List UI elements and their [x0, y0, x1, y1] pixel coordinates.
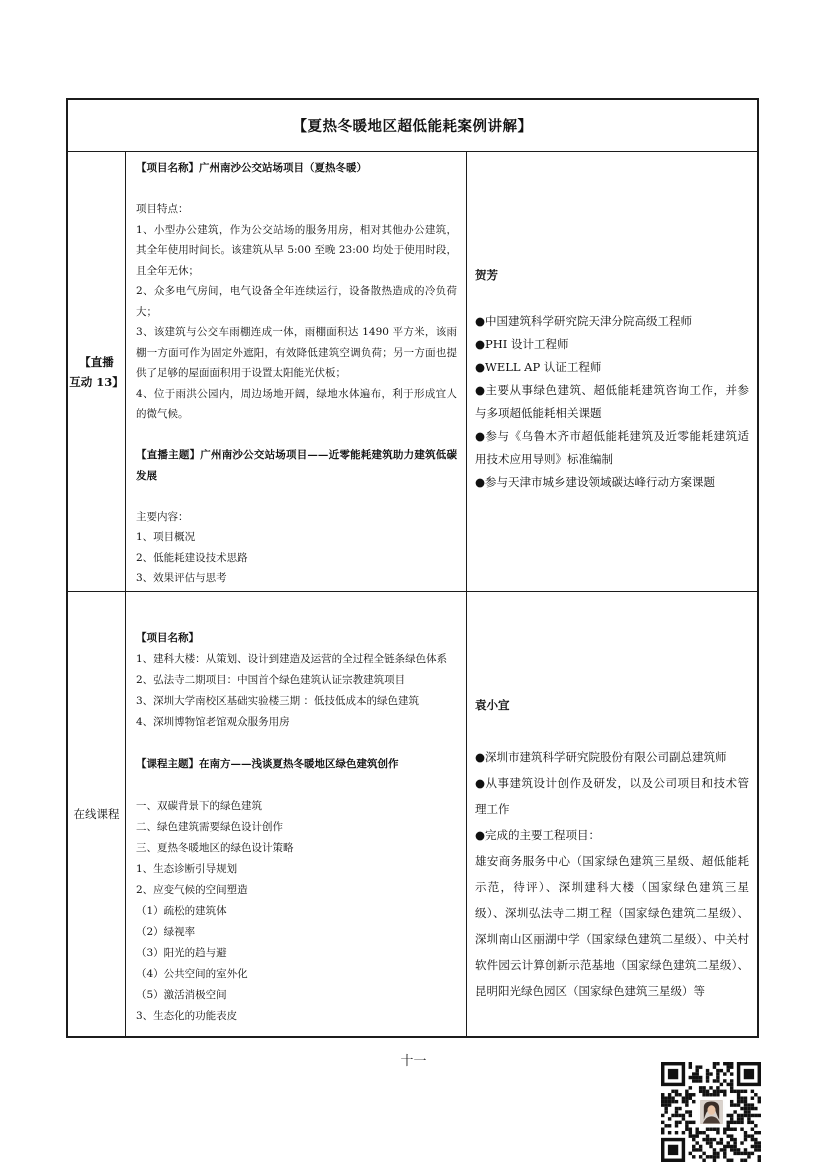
text-line — [136, 775, 457, 796]
text-line: 项目特点： — [136, 199, 457, 220]
text-line: 4、位于雨洪公园内，周边场地开阔，绿地水体遍布，利于形成宜人的微气候。 — [136, 384, 457, 425]
text-line: 【直播主题】广州南沙公交站场项目——近零能耗建筑助力建筑低碳发展 — [136, 445, 457, 486]
text-line: ●中国建筑科学研究院天津分院高级工程师 — [475, 310, 749, 333]
text-line: 袁小宜 — [475, 692, 749, 718]
text-line: 三、夏热冬暖地区的绿色设计策略 — [136, 838, 457, 859]
table-row-online-course: 在线课程 【项目名称】1、建科大楼：从策划、设计到建造及运营的全过程全链条绿色体… — [68, 592, 757, 1036]
text-line: ●主要从事绿色建筑、超低能耗建筑咨询工作，并参与多项超低能耗相关课题 — [475, 379, 749, 425]
text-line: 2、应变气候的空间塑造 — [136, 880, 457, 901]
text-line: 1、小型办公建筑，作为公交站场的服务用房，相对其他办公建筑，其全年使用时间长。该… — [136, 220, 457, 282]
row-content-course-projects: 【项目名称】1、建科大楼：从策划、设计到建造及运营的全过程全链条绿色体系2、弘法… — [126, 592, 467, 1036]
text-line: ●WELL AP 认证工程师 — [475, 356, 749, 379]
text-line: ●深圳市建筑科学研究院股份有限公司副总建筑师 — [475, 744, 749, 770]
text-line: 【项目名称】 — [136, 628, 457, 649]
text-line: （2）绿视率 — [136, 922, 457, 943]
row-label-online-course: 在线课程 — [68, 592, 126, 1036]
text-line: 3、生态化的功能表皮 — [136, 1006, 457, 1027]
text-line: 主要内容： — [136, 507, 457, 528]
text-line: （3）阳光的趋与避 — [136, 943, 457, 964]
text-line: 雄安商务服务中心（国家绿色建筑三星级、超低能耗示范，待评）、深圳建科大楼（国家绿… — [475, 848, 749, 1004]
text-line: （1）疏松的建筑体 — [136, 901, 457, 922]
text-line — [475, 718, 749, 744]
text-line — [136, 425, 457, 446]
row-content-live-project: 【项目名称】广州南沙公交站场项目（夏热冬暖） 项目特点：1、小型办公建筑，作为公… — [126, 152, 467, 591]
text-line: 2、低能耗建设技术思路 — [136, 548, 457, 569]
text-line: 3、效果评估与思考 — [136, 568, 457, 589]
text-line: （5）激活消极空间 — [136, 985, 457, 1006]
text-line: 二、绿色建筑需要绿色设计创作 — [136, 817, 457, 838]
text-line: 4、深圳博物馆老馆观众服务用房 — [136, 712, 457, 733]
label-line: 互动 13】 — [69, 372, 124, 392]
text-line: 1、项目概况 — [136, 527, 457, 548]
qr-avatar — [698, 1098, 725, 1126]
text-line: ●完成的主要工程项目： — [475, 822, 749, 848]
label-line: 【直播 — [79, 352, 114, 372]
text-line: 2、弘法寺二期项目：中国首个绿色建筑认证宗教建筑项目 — [136, 670, 457, 691]
row-speaker-yuan-xiaoyi: 袁小宜 ●深圳市建筑科学研究院股份有限公司副总建筑师●从事建筑设计创作及研发，以… — [467, 592, 757, 1036]
text-line: 贺芳 — [475, 264, 749, 287]
label-line: 在线课程 — [74, 804, 120, 824]
text-line: ●参与天津市城乡建设领域碳达峰行动方案课题 — [475, 471, 749, 494]
text-line: 2、众多电气房间，电气设备全年连续运行，设备散热造成的冷负荷大； — [136, 281, 457, 322]
text-line: 3、深圳大学南校区基础实验楼三期 ：低技低成本的绿色建筑 — [136, 691, 457, 712]
text-line: 1、建科大楼：从策划、设计到建造及运营的全过程全链条绿色体系 — [136, 649, 457, 670]
text-line: 一、双碳背景下的绿色建筑 — [136, 796, 457, 817]
text-line: （4）公共空间的室外化 — [136, 964, 457, 985]
table-title: 【夏热冬暖地区超低能耗案例讲解】 — [68, 100, 757, 152]
document-page: 【夏热冬暖地区超低能耗案例讲解】 【直播互动 13】 【项目名称】广州南沙公交站… — [0, 0, 827, 1170]
row-label-live-interaction: 【直播互动 13】 — [68, 152, 126, 591]
text-line: 3、该建筑与公交车雨棚连成一体，雨棚面积达 1490 平方米，该雨棚一方面可作为… — [136, 322, 457, 384]
text-line: 【课程主题】在南方——浅谈夏热冬暖地区绿色建筑创作 — [136, 754, 457, 775]
text-line — [475, 287, 749, 310]
text-line — [136, 179, 457, 200]
avatar-portrait-icon — [700, 1100, 723, 1124]
text-line — [136, 486, 457, 507]
text-line: ●从事建筑设计创作及研发，以及公司项目和技术管理工作 — [475, 770, 749, 822]
row-speaker-he-fang: 贺芳 ●中国建筑科学研究院天津分院高级工程师●PHI 设计工程师●WELL AP… — [467, 152, 757, 591]
text-line: ●参与《乌鲁木齐市超低能耗建筑及近零能耗建筑适用技术应用导则》标准编制 — [475, 425, 749, 471]
table-row-live-session: 【直播互动 13】 【项目名称】广州南沙公交站场项目（夏热冬暖） 项目特点：1、… — [68, 152, 757, 592]
text-line: 【项目名称】广州南沙公交站场项目（夏热冬暖） — [136, 158, 457, 179]
qr-code — [661, 1062, 761, 1162]
text-line: ●PHI 设计工程师 — [475, 333, 749, 356]
schedule-table: 【夏热冬暖地区超低能耗案例讲解】 【直播互动 13】 【项目名称】广州南沙公交站… — [66, 98, 759, 1038]
text-line — [136, 733, 457, 754]
text-line: 1、生态诊断引导规划 — [136, 859, 457, 880]
